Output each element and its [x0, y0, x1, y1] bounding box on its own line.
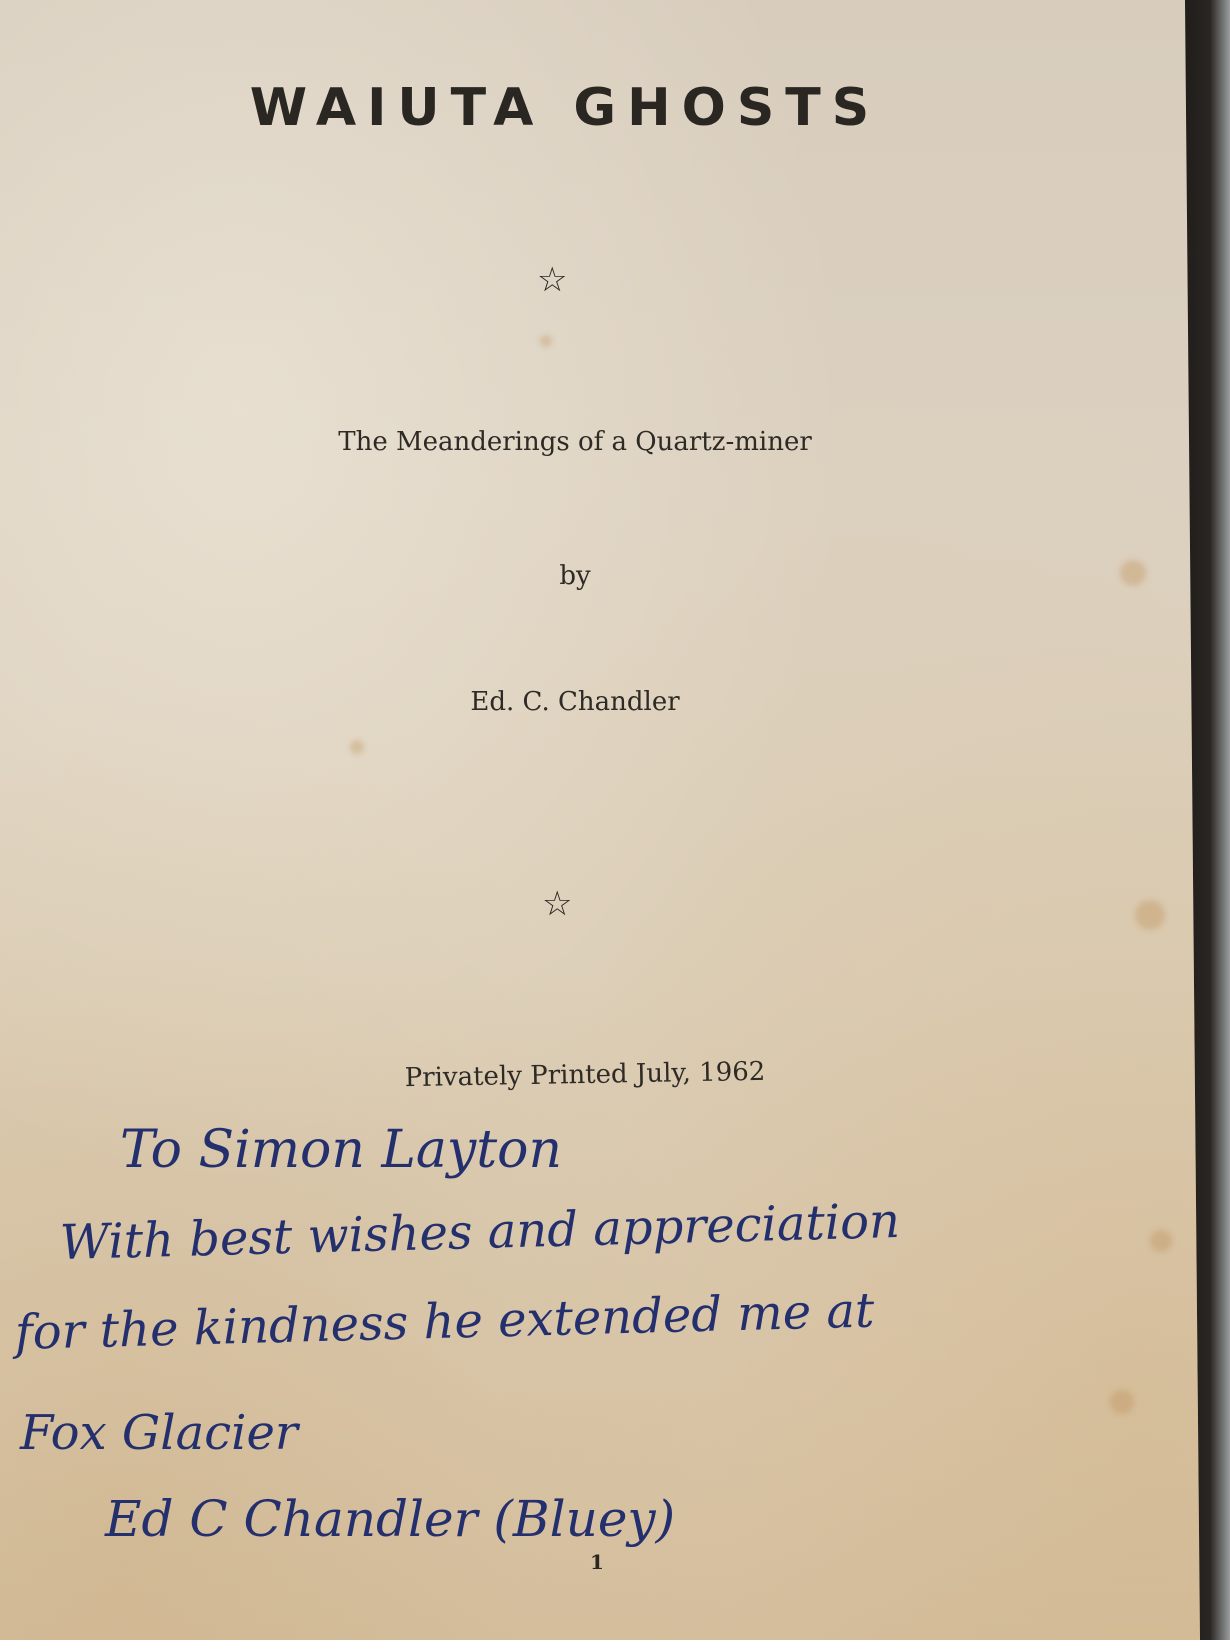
- document-page: WAIUTA GHOSTS ☆ The Meanderings of a Qua…: [0, 0, 1200, 1640]
- book-title: WAIUTA GHOSTS: [0, 78, 1130, 138]
- star-ornament-icon: ☆: [537, 260, 567, 300]
- stain: [350, 740, 364, 754]
- imprint-line: Privately Printed July, 1962: [10, 1050, 1160, 1100]
- inscription-line: To Simon Layton: [120, 1120, 562, 1180]
- inscription-line: for the kindness he extended me at: [14, 1283, 875, 1361]
- inscription-signature: Ed C Chandler (Bluey): [105, 1490, 675, 1548]
- inscription-line: With best wishes and appreciation: [59, 1193, 900, 1271]
- star-ornament-icon: ☆: [542, 884, 572, 924]
- subtitle: The Meanderings of a Quartz-miner: [0, 427, 1150, 457]
- stain: [1135, 900, 1165, 930]
- stain: [1150, 1230, 1172, 1252]
- stain: [540, 335, 552, 347]
- author-name: Ed. C. Chandler: [0, 687, 1150, 717]
- page-number: 1: [590, 1550, 604, 1574]
- by-line: by: [0, 561, 1150, 591]
- inscription-line: Fox Glacier: [20, 1405, 298, 1461]
- stain: [1110, 1390, 1134, 1414]
